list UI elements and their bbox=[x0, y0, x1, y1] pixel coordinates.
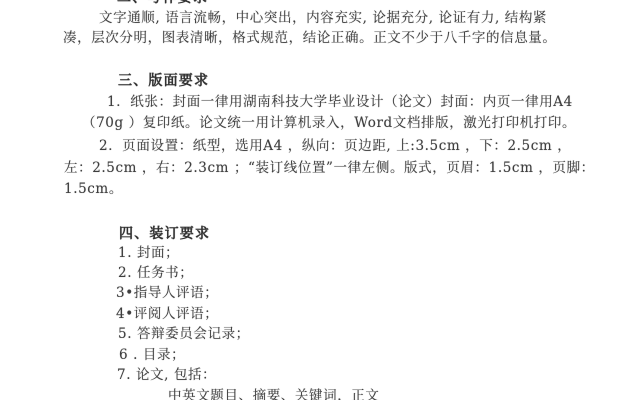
binding-list-sub-item-partial: 中英文题目、摘要、关键词，正文 bbox=[168, 388, 380, 400]
paper-paragraph-line-2: （70g ）复印纸。论文统一用计算机录入，Word文档排版，激光打印机打印。 bbox=[82, 115, 576, 132]
intro-paragraph-line-2: 凑，层次分明，图表清晰，格式规范，结论正确。正文不少于八千字的信息量。 bbox=[63, 30, 557, 47]
page-setup-paragraph-line-3: 1.5cm。 bbox=[64, 181, 123, 198]
section-heading-layout: 三、版面要求 bbox=[118, 73, 209, 90]
binding-list-item-cover: 1. 封面； bbox=[118, 245, 179, 262]
binding-list-item-supervisor-comments: 3•指导人评语； bbox=[116, 285, 218, 302]
binding-list-item-task-book: 2. 任务书； bbox=[118, 265, 193, 282]
section-heading-binding: 四、装订要求 bbox=[119, 226, 210, 243]
paper-paragraph-line-1: 1．纸张：封面一律用湖南科技大学毕业设计（论文）封面：内页一律用A4 bbox=[107, 94, 573, 111]
page-setup-paragraph-line-2: 左：2.5cm ，右：2.3cm ；“装订线位置”一律左侧。版式，页眉：1.5c… bbox=[64, 160, 595, 177]
section-heading-writing-partial: 二、写作要求 bbox=[117, 0, 208, 7]
page-setup-paragraph-line-1: 2．页面设置：纸型，选用A4 ，纵向：页边距, 上:3.5cm ，下：2.5cm… bbox=[99, 138, 571, 155]
binding-list-item-toc: 6 . 目录； bbox=[119, 347, 185, 364]
binding-list-item-reviewer-comments: 4•评阅人评语； bbox=[116, 306, 218, 323]
binding-list-item-defense-record: 5. 答辩委员会记录； bbox=[118, 326, 250, 343]
intro-paragraph-line-1: 文字通顺, 语言流畅，中心突出，内容充实, 论据充分, 论证有力, 结构紧 bbox=[99, 10, 547, 27]
binding-list-item-thesis: 7. 论文, 包括： bbox=[117, 367, 216, 384]
document-page: 二、写作要求 文字通顺, 语言流畅，中心突出，内容充实, 论据充分, 论证有力,… bbox=[0, 0, 640, 400]
